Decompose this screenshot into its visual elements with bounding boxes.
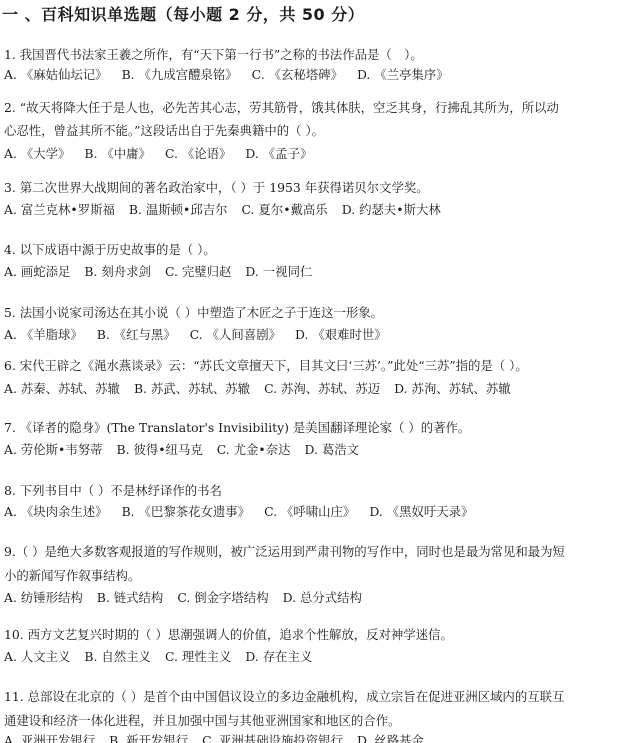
option-a: A. 画蛇添足 <box>4 264 70 279</box>
option-b: B. 苏武、苏轼、苏辙 <box>134 381 250 396</box>
question-5-options: A. 《羊脂球》B. 《红与黑》C. 《人间喜剧》D. 《艰难时世》 <box>4 327 387 343</box>
question-11-stem-line-2: 通建设和经济一体化进程，并且加强中国与其他亚洲国家和地区的合作。 <box>4 713 401 729</box>
section-title: 一 、百科知识单选题（每小题 2 分，共 50 分） <box>2 2 364 25</box>
option-d: D. 《孟子》 <box>245 146 312 161</box>
option-d: D. 葛浩文 <box>305 442 360 457</box>
question-9-stem-line-2: 小的新闻写作叙事结构。 <box>4 568 140 584</box>
option-b: B. 《红与黑》 <box>97 327 176 342</box>
option-b: B. 自然主义 <box>84 649 151 664</box>
question-8-stem: 8. 下列书目中（ ）不是林纾译作的书名 <box>4 483 222 499</box>
option-b: B. 链式结构 <box>97 590 164 605</box>
option-d: D. 《兰亭集序》 <box>357 67 449 82</box>
question-6-stem: 6. 宋代王辟之《渑水燕谈录》云：“苏氏文章擅天下，目其文曰‘三苏’。”此处“三… <box>4 358 528 374</box>
option-a: A. 人文主义 <box>4 649 70 664</box>
option-a: A. 纺锤形结构 <box>4 590 83 605</box>
option-d: D. 苏洵、苏轼、苏辙 <box>394 381 511 396</box>
option-c: C. 《呼啸山庄》 <box>264 504 355 519</box>
question-2-stem-line-2: 心忍性，曾益其所不能。”这段话出自于先秦典籍中的（ ）。 <box>4 123 324 139</box>
question-10-options: A. 人文主义B. 自然主义C. 理性主义D. 存在主义 <box>4 649 312 665</box>
question-7-stem: 7. 《译者的隐身》(The Translator's Invisibility… <box>4 420 470 436</box>
option-d: D. 《艰难时世》 <box>295 327 387 342</box>
option-c: C. 《玄秘塔碑》 <box>252 67 343 82</box>
option-a: A. 《块肉余生述》 <box>4 504 108 519</box>
option-b: B. 《九成宫醴泉铭》 <box>122 67 238 82</box>
option-a: A. 劳伦斯•韦努蒂 <box>4 442 102 457</box>
option-c: C. 《论语》 <box>165 146 231 161</box>
option-d: D. 一视同仁 <box>245 264 312 279</box>
question-5-stem: 5. 法国小说家司汤达在其小说（ ）中塑造了木匠之子于连这一形象。 <box>4 305 383 321</box>
option-b: B. 温斯顿•邱吉尔 <box>129 202 228 217</box>
option-c: C. 尤金•奈达 <box>217 442 291 457</box>
option-b: B. 《巴黎茶花女遗事》 <box>122 504 251 519</box>
option-a: A. 《羊脂球》 <box>4 327 83 342</box>
option-b: B. 新开发银行 <box>109 733 188 743</box>
option-a: A. 苏秦、苏轼、苏辙 <box>4 381 120 396</box>
question-1-stem: 1. 我国晋代书法家王羲之所作，有“天下第一行书”之称的书法作品是（ ）。 <box>4 47 423 63</box>
question-2-stem-line-1: 2. “故天将降大任于是人也，必先苦其心志，劳其筋骨，饿其体肤，空乏其身，行拂乱… <box>4 100 559 116</box>
option-b: B. 彼得•纽马克 <box>116 442 202 457</box>
option-c: C. 理性主义 <box>165 649 231 664</box>
question-11-options: A. 亚洲开发银行B. 新开发银行C. 亚洲基础设施投资银行D. 丝路基金 <box>4 733 424 743</box>
option-c: C. 苏洵、苏轼、苏迈 <box>264 381 380 396</box>
option-d: D. 存在主义 <box>245 649 312 664</box>
question-8-options: A. 《块肉余生述》B. 《巴黎茶花女遗事》C. 《呼啸山庄》D. 《黑奴吁天录… <box>4 504 473 520</box>
exam-page: 一 、百科知识单选题（每小题 2 分，共 50 分） 1. 我国晋代书法家王羲之… <box>0 0 623 743</box>
option-d: D. 约瑟夫•斯大林 <box>342 202 441 217</box>
question-4-stem: 4. 以下成语中源于历史故事的是（ ）。 <box>4 242 216 258</box>
option-c: C. 亚洲基础设施投资银行 <box>202 733 343 743</box>
question-9-options: A. 纺锤形结构B. 链式结构C. 倒金字塔结构D. 总分式结构 <box>4 590 362 606</box>
question-7-options: A. 劳伦斯•韦努蒂B. 彼得•纽马克C. 尤金•奈达D. 葛浩文 <box>4 442 359 458</box>
option-d: D. 《黑奴吁天录》 <box>369 504 473 519</box>
question-1-options: A. 《麻姑仙坛记》B. 《九成宫醴泉铭》C. 《玄秘塔碑》D. 《兰亭集序》 <box>4 67 449 83</box>
question-9-stem-line-1: 9.（ ）是绝大多数客观报道的写作规则，被广泛运用到严肃刊物的写作中，同时也是最… <box>4 544 565 560</box>
option-a: A. 《麻姑仙坛记》 <box>4 67 108 82</box>
option-d: D. 总分式结构 <box>283 590 362 605</box>
option-c: C. 倒金字塔结构 <box>177 590 268 605</box>
option-d: D. 丝路基金 <box>357 733 424 743</box>
option-c: C. 《人间喜剧》 <box>190 327 281 342</box>
option-c: C. 夏尔•戴高乐 <box>242 202 328 217</box>
option-b: B. 《中庸》 <box>84 146 151 161</box>
option-b: B. 刻舟求剑 <box>84 264 151 279</box>
question-2-options: A. 《大学》B. 《中庸》C. 《论语》D. 《孟子》 <box>4 146 312 162</box>
option-c: C. 完璧归赵 <box>165 264 231 279</box>
option-a: A. 《大学》 <box>4 146 70 161</box>
question-6-options: A. 苏秦、苏轼、苏辙B. 苏武、苏轼、苏辙C. 苏洵、苏轼、苏迈D. 苏洵、苏… <box>4 381 511 397</box>
question-10-stem: 10. 西方文艺复兴时期的（ ）思潮强调人的价值，追求个性解放，反对神学迷信。 <box>4 627 453 643</box>
option-a: A. 富兰克林•罗斯福 <box>4 202 115 217</box>
question-3-stem: 3. 第二次世界大战期间的著名政治家中，（ ）于 1953 年获得诺贝尔文学奖。 <box>4 180 429 196</box>
question-11-stem-line-1: 11. 总部设在北京的（ ）是首个由中国倡议设立的多边金融机构，成立宗旨在促进亚… <box>4 689 564 705</box>
option-a: A. 亚洲开发银行 <box>4 733 95 743</box>
question-4-options: A. 画蛇添足B. 刻舟求剑C. 完璧归赵D. 一视同仁 <box>4 264 312 280</box>
question-3-options: A. 富兰克林•罗斯福B. 温斯顿•邱吉尔C. 夏尔•戴高乐D. 约瑟夫•斯大林 <box>4 202 441 218</box>
